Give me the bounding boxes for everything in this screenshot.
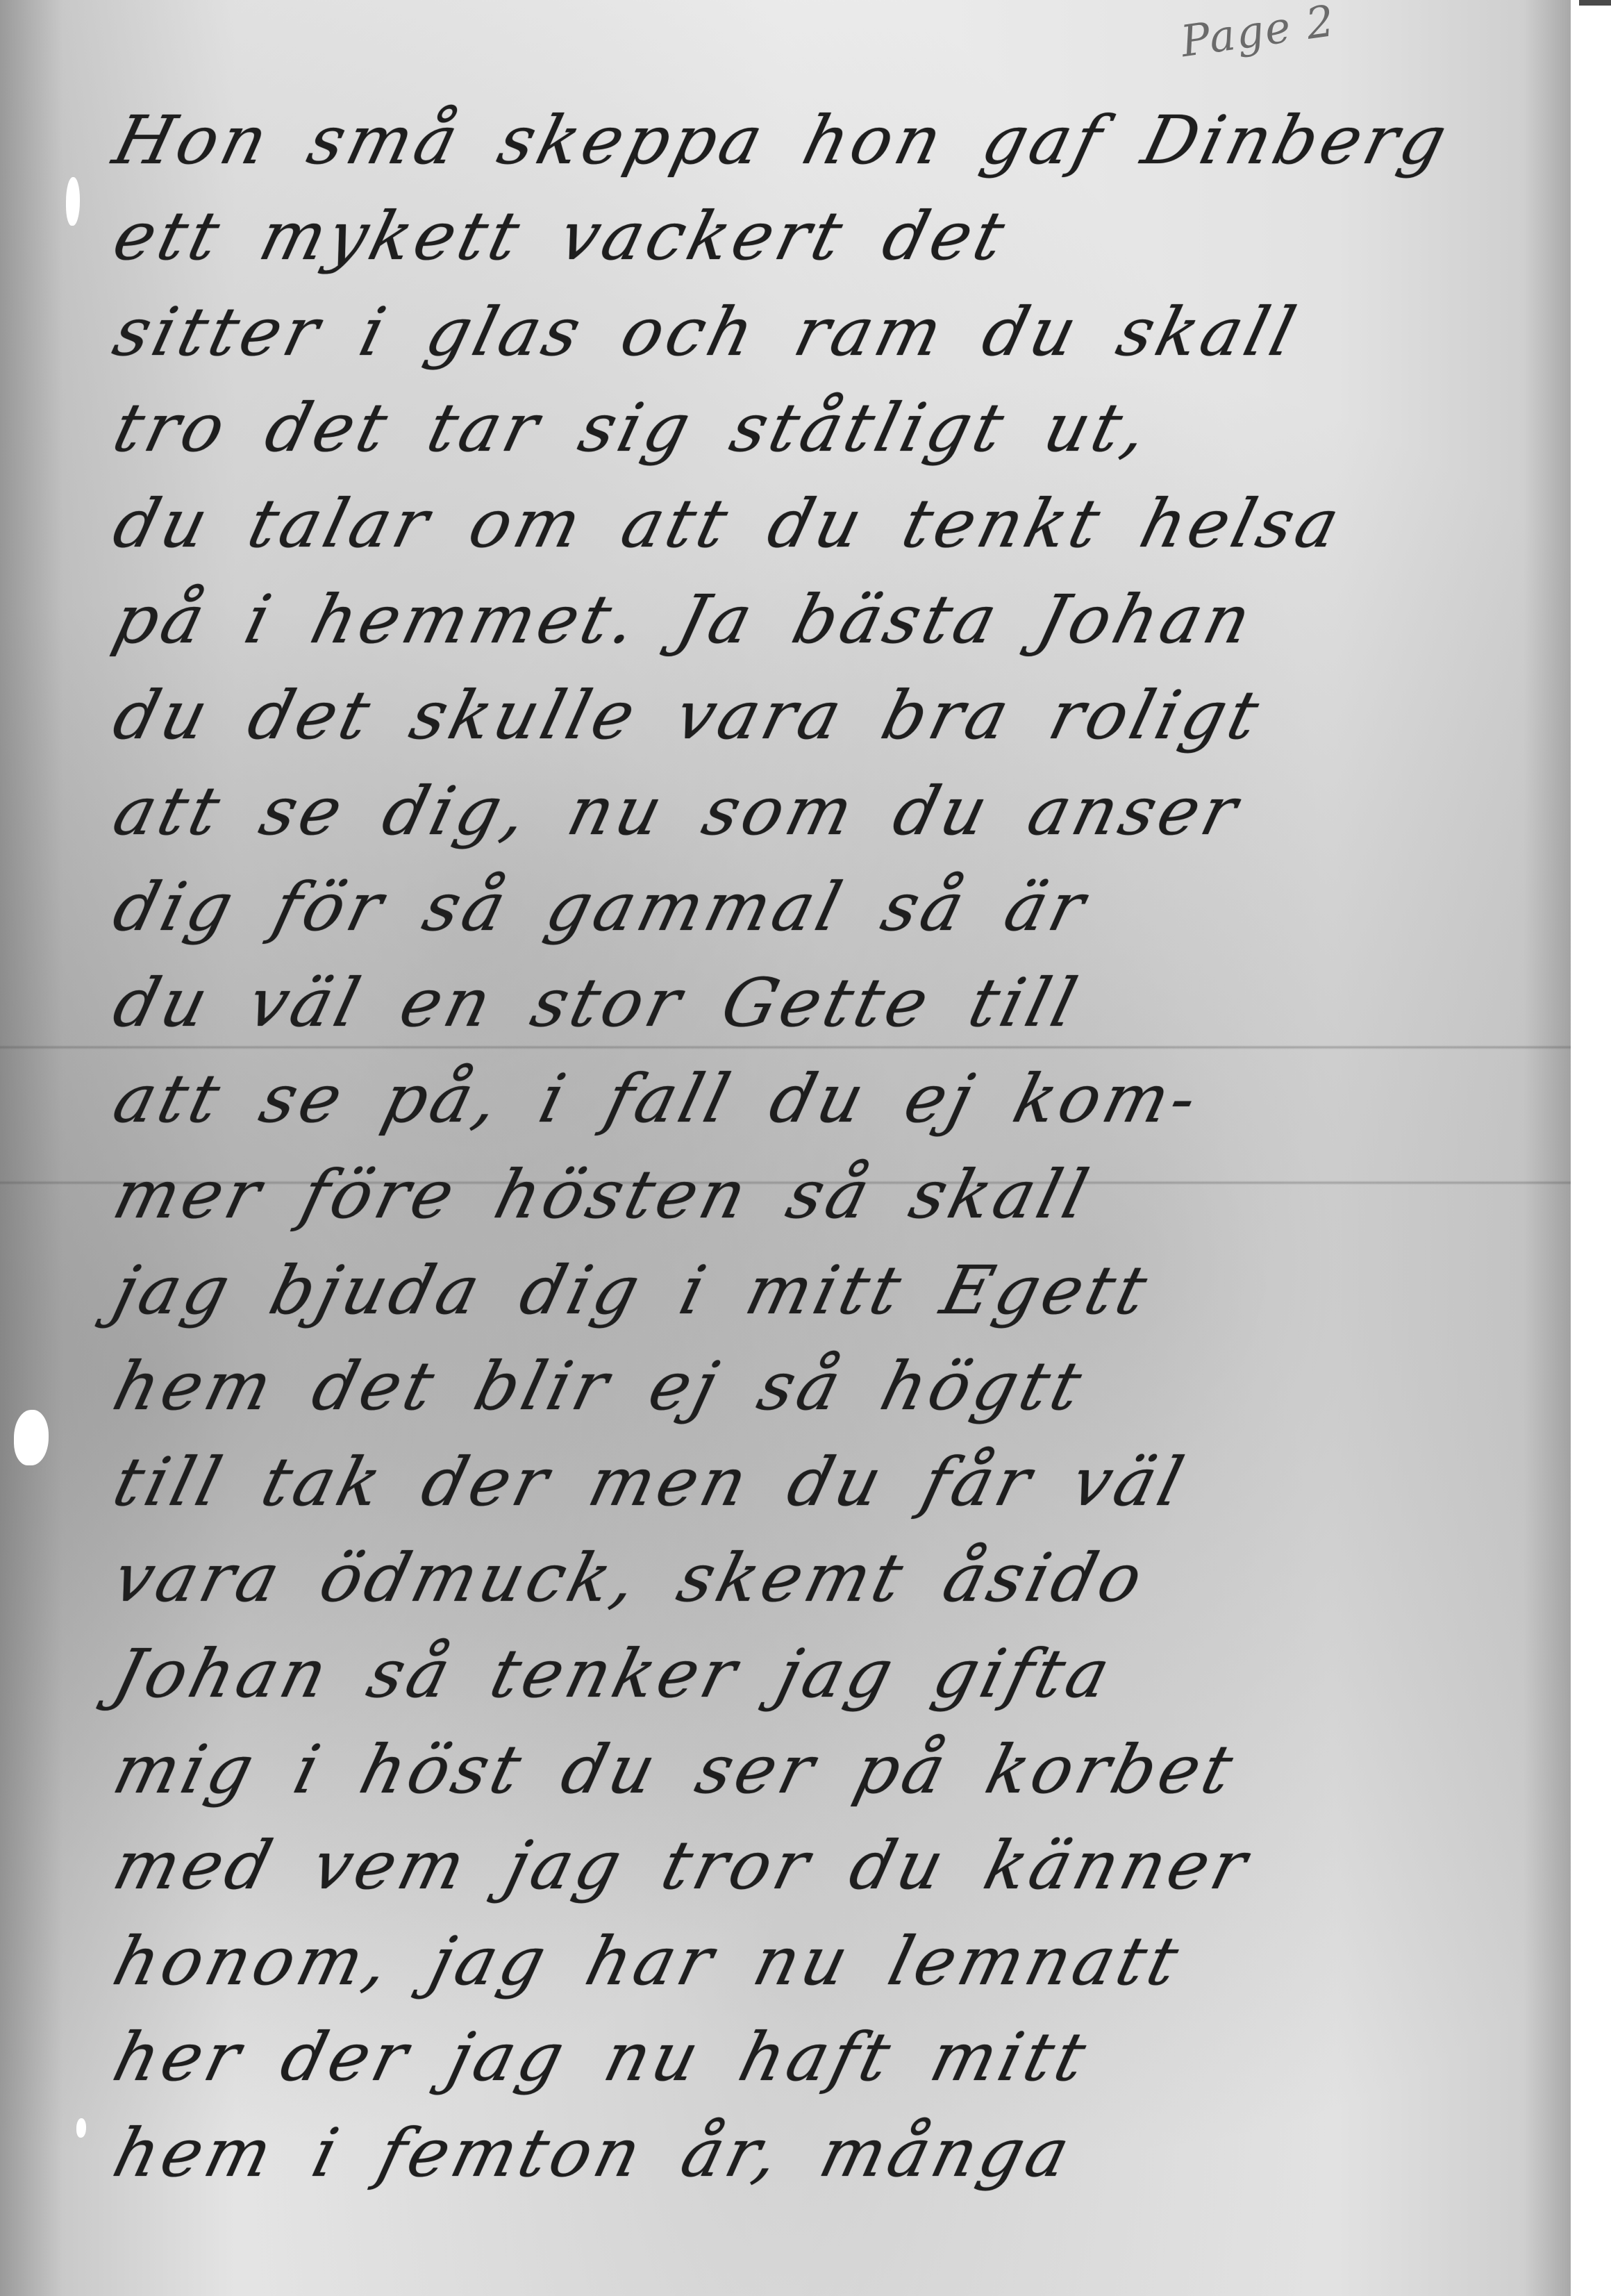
letter-line: du talar om att du tenkt helsa	[106, 467, 1574, 563]
paper-tear	[76, 2118, 86, 2138]
letter-line: på i hemmet. Ja bästa Johan	[106, 563, 1574, 658]
letter-line: med vem jag tror du känner	[106, 1808, 1574, 1904]
letter-line: vara ödmuck, skemt åsido	[106, 1521, 1574, 1617]
page-number-annotation: Page 2	[1178, 0, 1338, 67]
letter-line: dig för så gammal så är	[106, 850, 1574, 946]
letter-line: jag bjuda dig i mitt Egett	[106, 1233, 1574, 1329]
letter-line: att se på, i fall du ej kom-	[106, 1042, 1574, 1138]
letter-line: du väl en stor Gette till	[106, 946, 1574, 1042]
punch-hole	[14, 1410, 49, 1465]
letter-line: sitter i glas och ram du skall	[106, 275, 1574, 371]
letter-line: mer före hösten så skall	[106, 1138, 1574, 1233]
letter-line: Johan så tenker jag gifta	[106, 1617, 1574, 1713]
paper-tear	[66, 177, 80, 226]
letter-line: du det skulle vara bra roligt	[106, 658, 1574, 754]
letter-line: till tak der men du får väl	[106, 1425, 1574, 1521]
letter-line: att se dig, nu som du anser	[106, 754, 1574, 850]
scan-margin	[1571, 0, 1611, 2296]
letter-line: hem i femton år, många	[106, 2096, 1574, 2192]
scanned-letter-page: Page 2 Hon små skeppa hon gaf Dinberg et…	[0, 0, 1571, 2296]
letter-line: Hon små skeppa hon gaf Dinberg	[106, 83, 1574, 179]
scan-edge-artifact	[1579, 0, 1611, 6]
letter-line: mig i höst du ser på korbet	[106, 1713, 1574, 1808]
letter-line: hem det blir ej så högtt	[106, 1329, 1574, 1425]
letter-line: her der jag nu haft mitt	[106, 2000, 1574, 2096]
handwritten-letter-body: Hon små skeppa hon gaf Dinberg ett myket…	[118, 83, 1562, 2192]
letter-line: tro det tar sig ståtligt ut,	[106, 371, 1574, 467]
letter-line: ett mykett vackert det	[106, 179, 1574, 275]
letter-line: honom, jag har nu lemnatt	[106, 1904, 1574, 2000]
